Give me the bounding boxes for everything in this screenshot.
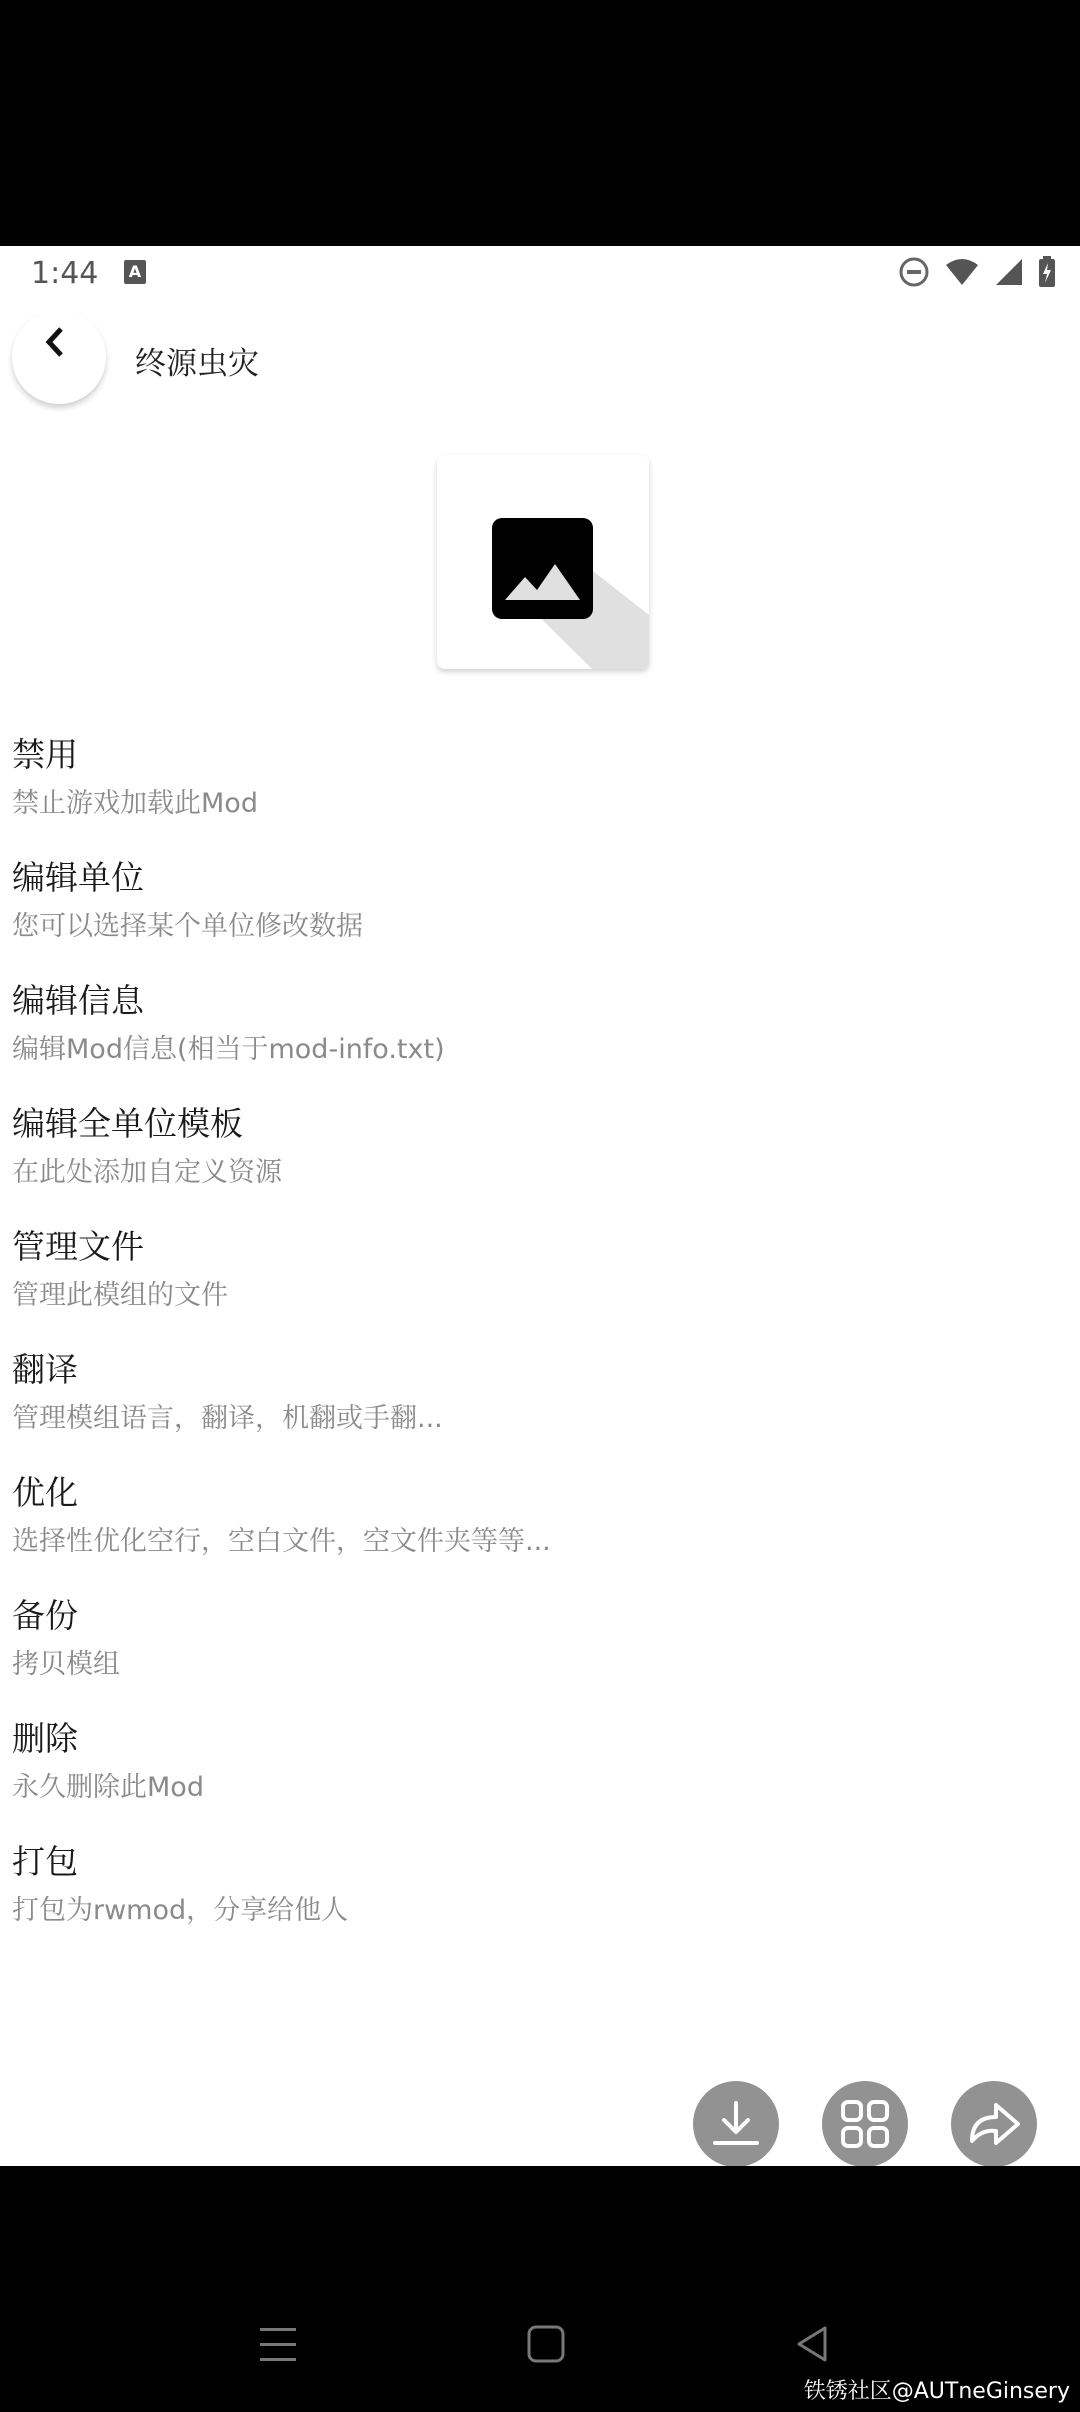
menu-icon [258,2324,298,2364]
menu-item-subtitle: 在此处添加自定义资源 [12,1153,1080,1203]
menu-item-title: 禁用 [12,726,1080,784]
menu-item-subtitle: 管理模组语言，翻译，机翻或手翻... [12,1399,1080,1449]
app-bar: 终源虫灾 [0,302,1080,422]
mod-action-list: 禁用 禁止游戏加载此Mod 编辑单位 您可以选择某个单位修改数据 编辑信息 编辑… [0,726,1080,1956]
menu-item-edit-all-units-template[interactable]: 编辑全单位模板 在此处添加自定义资源 [0,1095,1080,1218]
menu-item-delete[interactable]: 删除 永久删除此Mod [0,1710,1080,1833]
status-icons [898,256,1056,288]
status-time: 1:44 [31,256,98,291]
home-button[interactable] [526,2324,566,2364]
do-not-disturb-icon [898,256,930,288]
menu-item-subtitle: 禁止游戏加载此Mod [12,784,1080,834]
signal-icon [994,257,1024,287]
menu-item-title: 管理文件 [12,1218,1080,1276]
menu-item-title: 备份 [12,1587,1080,1645]
share-icon [966,2097,1022,2151]
menu-item-package[interactable]: 打包 打包为rwmod，分享给他人 [0,1833,1080,1956]
download-icon [709,2097,763,2151]
app-screen: 1:44 A 终源虫灾 禁用 禁止游戏加载此Mod 编辑单位 您可以选择某个单位… [0,246,1080,2166]
mod-icon-card[interactable] [437,455,649,669]
menu-item-backup[interactable]: 备份 拷贝模组 [0,1587,1080,1710]
menu-item-title: 编辑信息 [12,972,1080,1030]
menu-item-title: 打包 [12,1833,1080,1891]
grid-icon [839,2098,891,2150]
menu-item-subtitle: 选择性优化空行，空白文件，空文件夹等等... [12,1522,1080,1572]
menu-item-subtitle: 永久删除此Mod [12,1768,1080,1818]
back-button[interactable] [12,310,106,404]
menu-item-subtitle: 您可以选择某个单位修改数据 [12,907,1080,957]
menu-item-manage-files[interactable]: 管理文件 管理此模组的文件 [0,1218,1080,1341]
back-nav-button[interactable] [793,2324,833,2364]
menu-item-translate[interactable]: 翻译 管理模组语言，翻译，机翻或手翻... [0,1341,1080,1464]
menu-item-subtitle: 打包为rwmod，分享给他人 [12,1891,1080,1941]
download-button[interactable] [693,2081,779,2166]
menu-item-title: 删除 [12,1710,1080,1768]
home-icon [526,2324,566,2364]
menu-item-title: 翻译 [12,1341,1080,1399]
menu-item-edit-unit[interactable]: 编辑单位 您可以选择某个单位修改数据 [0,849,1080,972]
image-placeholder-icon [437,455,649,669]
menu-item-subtitle: 管理此模组的文件 [12,1276,1080,1326]
menu-item-subtitle: 拷贝模组 [12,1645,1080,1695]
menu-item-optimize[interactable]: 优化 选择性优化空行，空白文件，空文件夹等等... [0,1464,1080,1587]
page-title: 终源虫灾 [135,338,259,383]
battery-charging-icon [1038,256,1056,288]
wifi-icon [944,257,980,287]
chevron-left-icon [43,325,67,359]
menu-item-disable[interactable]: 禁用 禁止游戏加载此Mod [0,726,1080,849]
status-bar: 1:44 A [0,246,1080,302]
grid-menu-button[interactable] [822,2081,908,2166]
menu-item-edit-info[interactable]: 编辑信息 编辑Mod信息(相当于mod-info.txt) [0,972,1080,1095]
notification-a-icon: A [124,260,146,284]
menu-item-title: 优化 [12,1464,1080,1522]
top-black-area [0,0,1080,246]
menu-item-subtitle: 编辑Mod信息(相当于mod-info.txt) [12,1030,1080,1080]
back-icon [793,2324,833,2364]
menu-item-title: 编辑全单位模板 [12,1095,1080,1153]
share-button[interactable] [951,2081,1037,2166]
watermark: 铁锈社区@AUTneGinsery [804,2374,1070,2405]
menu-item-title: 编辑单位 [12,849,1080,907]
recent-apps-button[interactable] [258,2324,298,2364]
